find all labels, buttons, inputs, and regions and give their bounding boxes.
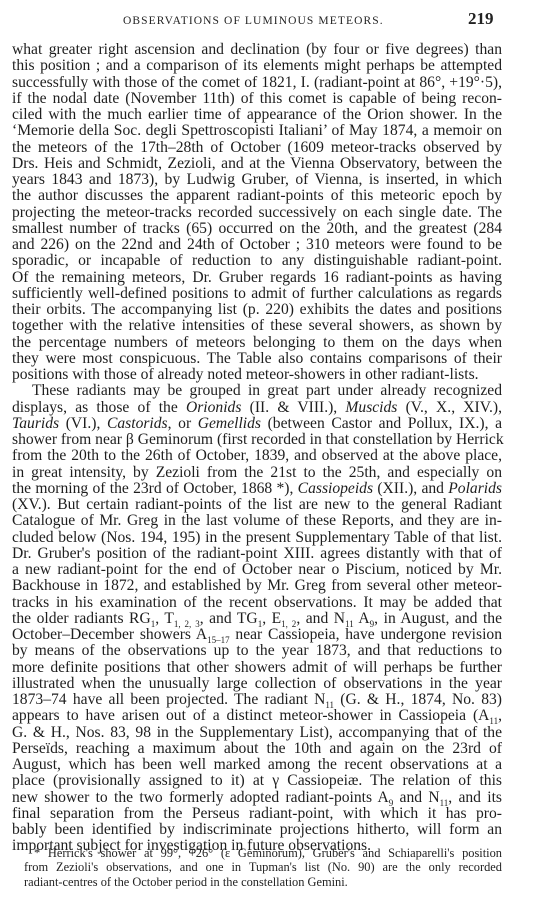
text-line: bably been identified by indiscriminate … — [12, 822, 502, 838]
text-line: cluded below (Nos. 194, 195) in the pres… — [12, 530, 502, 546]
text-line: positions with those of already noted me… — [12, 367, 502, 383]
body-text: what greater right ascension and declina… — [12, 42, 502, 855]
text-line: and 226) on the 22nd and 24th of October… — [12, 237, 502, 253]
footnote: * Herrick's shower at 99°, +26° (ε Gemin… — [24, 846, 502, 889]
running-head-title: OBSERVATIONS OF LUMINOUS METEORS. — [123, 15, 384, 27]
text-line: Backhouse in 1872, and established by Mr… — [12, 578, 502, 594]
page-number: 219 — [468, 9, 494, 29]
text-line: the older radiants RG1, T1, 2, 3, and TG… — [12, 611, 502, 627]
text-line: Of the remaining meteors, Dr. Gruber reg… — [12, 270, 502, 286]
text-line: their orbits. The accompanying list (p. … — [12, 302, 502, 318]
text-line: Perseïds, reaching a maximum about the 1… — [12, 741, 502, 757]
text-line: Catalogue of Mr. Greg in the last volume… — [12, 513, 502, 529]
shower-name-cassiopeids: Cassiopeids — [298, 480, 373, 497]
footnote-line: * Herrick's shower at 99°, +26° (ε Gemin… — [24, 846, 502, 860]
text-line: final separation from the Perseus radian… — [12, 806, 502, 822]
footnote-line: from Zezioli's observations, and one in … — [24, 860, 502, 874]
text-line: the meteors of the 17th–28th of October … — [12, 140, 502, 156]
shower-name-polarids: Polarids — [448, 480, 502, 497]
text-line: if the nodal date (November 11th) of thi… — [12, 91, 502, 107]
shower-name-orionids: Orionids — [186, 399, 241, 416]
text-line: the percentage numbers of meteors belong… — [12, 335, 502, 351]
text-line: sporadic, or incapable of reduction to a… — [12, 253, 502, 269]
text-line: by means of the observations up to the y… — [12, 643, 502, 659]
text-line: what greater right ascension and declina… — [12, 42, 502, 58]
shower-name-gemellids: Gemellids — [198, 415, 261, 432]
text-line: together with the relative intensities o… — [12, 318, 502, 334]
text-line: shower from near β Geminorum (first reco… — [12, 432, 502, 448]
shower-name-castorids: Castorids — [107, 415, 168, 432]
footnote-line: radiant-centres of the October period in… — [24, 875, 502, 889]
text-line: ciled with the much earlier time of appe… — [12, 107, 502, 123]
text-line: more definite positions that other showe… — [12, 660, 502, 676]
text-line: a new radiant-point for the end of Octob… — [12, 562, 502, 578]
text-line: displays, as those of the Orionids (II. … — [12, 400, 502, 416]
text-line: August, which has been well marked among… — [12, 757, 502, 773]
text-line: the author discusses the apparent radian… — [12, 188, 502, 204]
paragraph-1: what greater right ascension and declina… — [12, 42, 502, 383]
text-line: from the 20th to the 26th of October, 18… — [12, 448, 502, 464]
shower-name-taurids: Taurids — [12, 415, 59, 432]
shower-name-muscids: Muscids — [345, 399, 397, 416]
text-line: successfully with those of the comet of … — [12, 75, 502, 91]
text-line: (XV.). But certain radiant-points of the… — [12, 497, 502, 513]
text-line: G. & H., Nos. 83, 98 in the Supplementar… — [12, 725, 502, 741]
text-line: These radiants may be grouped in great p… — [12, 383, 502, 399]
text-line: Drs. Heis and Schmidt, Zezioli, and at t… — [12, 156, 502, 172]
running-head: OBSERVATIONS OF LUMINOUS METEORS. 219 — [0, 12, 540, 32]
text-line: this position ; and a comparison of its … — [12, 58, 502, 74]
text-line: appears to have arisen out of a distinct… — [12, 708, 502, 724]
text-line: place (provisionally assigned to it) at … — [12, 773, 502, 789]
text-line: 1873–74 have all been projected. The rad… — [12, 692, 502, 708]
text-line: ‘Memorie della Soc. degli Spettroscopist… — [12, 123, 502, 139]
text-line: tracks in his examination of the recent … — [12, 595, 502, 611]
text-line: Dr. Gruber's position of the radiant-poi… — [12, 546, 502, 562]
text-line: the morning of the 23rd of October, 1868… — [12, 481, 502, 497]
text-line: October–December showers A15–17 near Cas… — [12, 627, 502, 643]
text-line: sufficiently well-defined positions to a… — [12, 286, 502, 302]
text-line: years 1843 and 1873), by Ludwig Gruber, … — [12, 172, 502, 188]
text-line: in great intensity, by Zezioli from the … — [12, 465, 502, 481]
text-line: new shower to the two formerly adopted r… — [12, 790, 502, 806]
text-line: Taurids (VI.), Castorids, or Gemellids (… — [12, 416, 502, 432]
book-page: OBSERVATIONS OF LUMINOUS METEORS. 219 wh… — [0, 0, 540, 900]
text-line: smallest number of tracks (65) occurred … — [12, 221, 502, 237]
text-line: illustrated when the unusually large col… — [12, 676, 502, 692]
paragraph-2: These radiants may be grouped in great p… — [12, 383, 502, 854]
text-line: they were most conspicuous. The Table al… — [12, 351, 502, 367]
text-line: projecting the meteor-tracks recorded su… — [12, 205, 502, 221]
